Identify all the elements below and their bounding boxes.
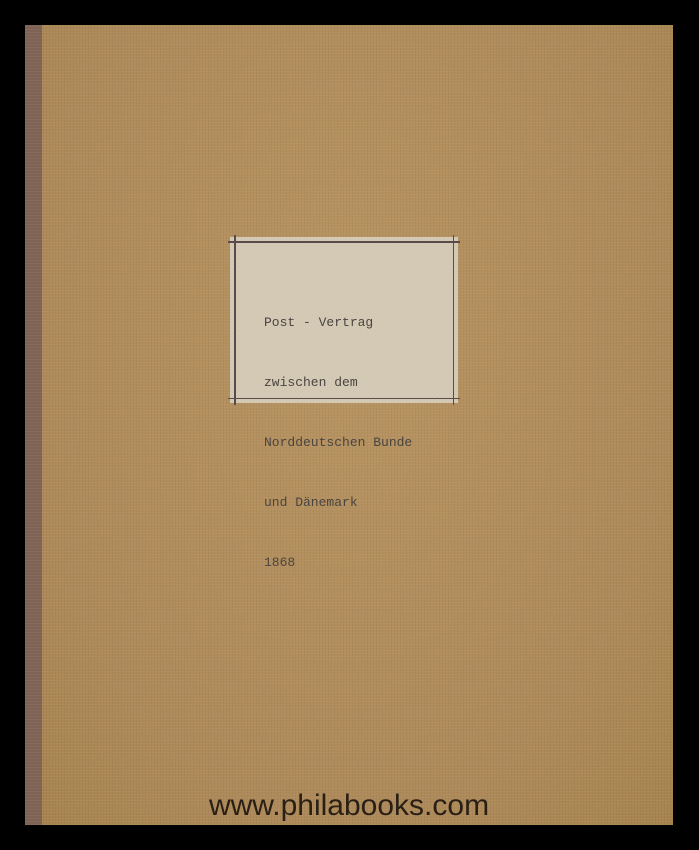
watermark-url: www.philabooks.com [25, 789, 673, 823]
label-text: Post - Vertrag zwischen dem Norddeutsche… [264, 273, 412, 613]
title-label: Post - Vertrag zwischen dem Norddeutsche… [230, 237, 458, 403]
label-border-right [453, 235, 455, 405]
label-line: 1868 [264, 553, 412, 573]
label-border-top [228, 241, 460, 243]
label-border-left [234, 235, 236, 405]
label-line: Norddeutschen Bunde [264, 433, 412, 453]
label-line: Post - Vertrag [264, 313, 412, 333]
book-cover: Post - Vertrag zwischen dem Norddeutsche… [25, 25, 673, 825]
book-spine [25, 25, 42, 825]
label-line: zwischen dem [264, 373, 412, 393]
label-line: und Dänemark [264, 493, 412, 513]
